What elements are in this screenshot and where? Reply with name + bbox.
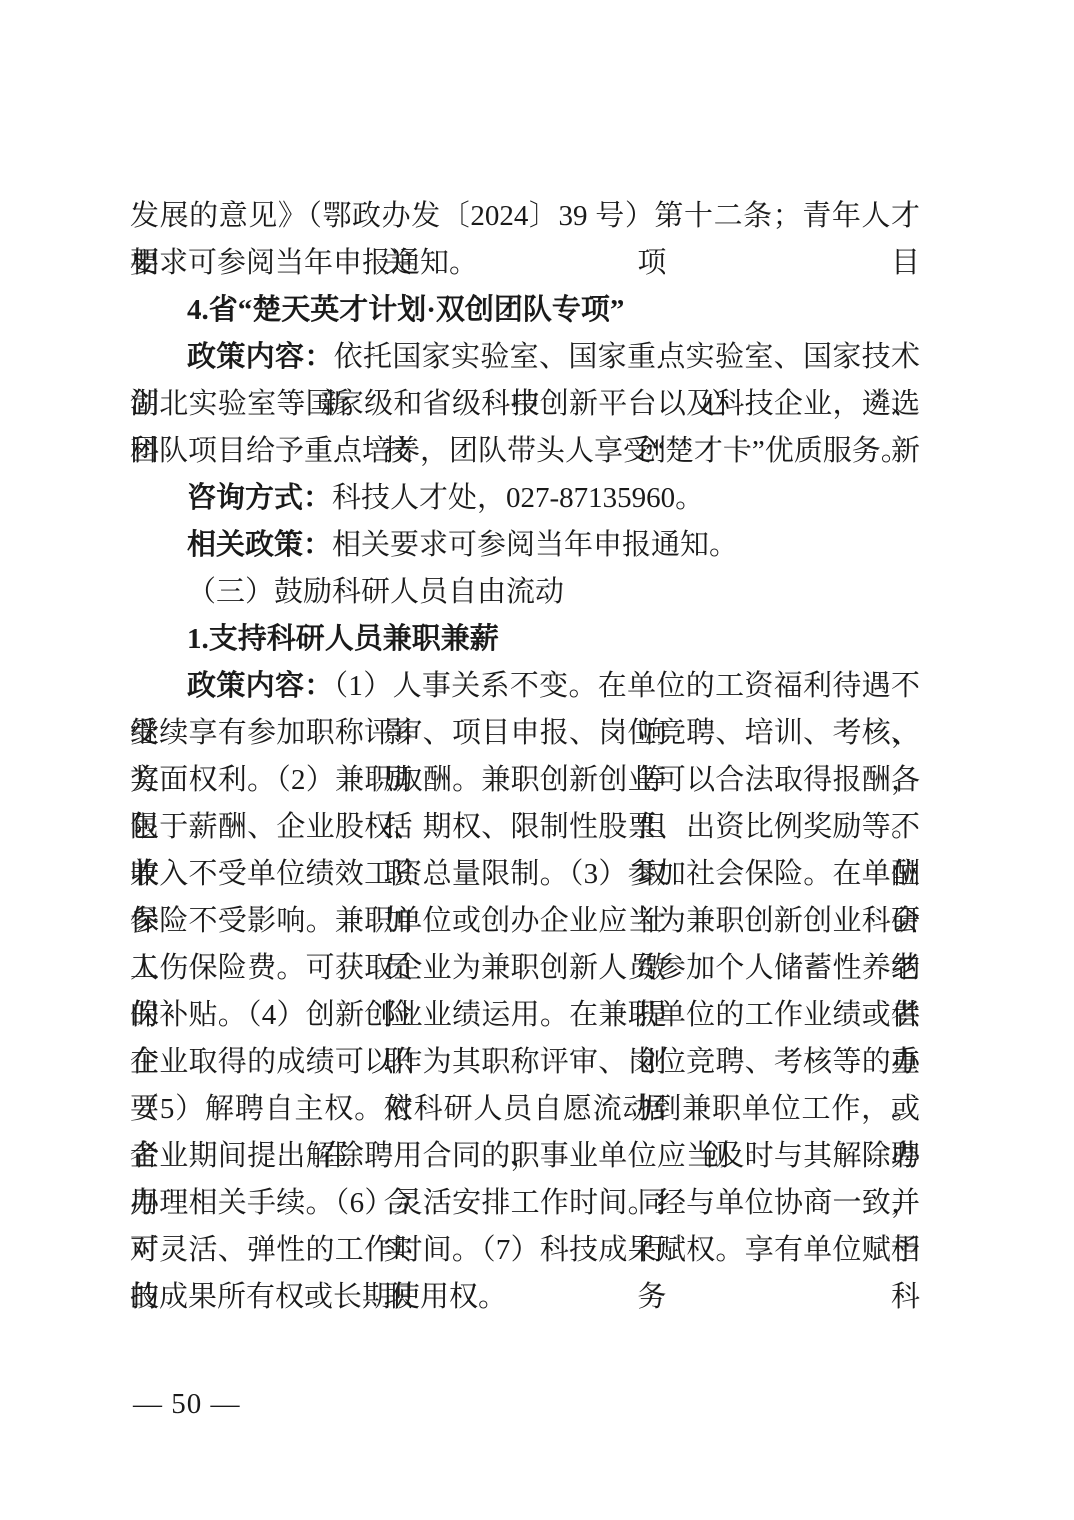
- text-line: 收入不受单位绩效工资总量限制。（3）参加社会保险。在单位参加社会: [130, 851, 920, 898]
- text-line: 企业取得的成绩可以作为其职称评审、岗位竞聘、考核等的重要依据。: [130, 1039, 920, 1086]
- text-line: 政策内容：（1）人事关系不变。在单位的工资福利待遇不受影响，: [130, 663, 920, 710]
- text-line: 咨询方式：科技人才处，027-87135960。: [130, 475, 920, 522]
- text-line: 4.省“楚天英才计划·双创团队专项”: [130, 287, 920, 334]
- text-line: 继续享有参加职称评审、项目申报、岗位竞聘、培训、考核、奖励等各: [130, 710, 920, 757]
- page-footer: — 50 —: [133, 1384, 241, 1424]
- page-number: — 50 —: [133, 1388, 241, 1420]
- document-page: 发展的意见》（鄂政办发〔2024〕39 号）第十二条；青年人才相关项目要求可参阅…: [0, 0, 1074, 1520]
- text-line: 限于薪酬、企业股权、期权、限制性股票、出资比例奖励等。兼职取酬: [130, 804, 920, 851]
- document-lines: 发展的意见》（鄂政办发〔2024〕39 号）第十二条；青年人才相关项目要求可参阅…: [130, 193, 920, 1321]
- paragraph-label: 政策内容：: [187, 670, 334, 702]
- document-body: 发展的意见》（鄂政办发〔2024〕39 号）第十二条；青年人才相关项目要求可参阅…: [130, 193, 920, 1321]
- paragraph-label: 政策内容：: [187, 341, 334, 373]
- text-line: 团队项目给予重点培养，团队带头人享受“楚才卡”优质服务。: [130, 428, 920, 475]
- text-line: （三）鼓励科研人员自由流动: [130, 569, 920, 616]
- text-line: 方面权利。（2）兼职取酬。兼职创新创业可以合法取得报酬，包括但不: [130, 757, 920, 804]
- text-line: 政策内容：依托国家实验室、国家重点实验室、国家技术创新中心、: [130, 334, 920, 381]
- text-line: 办理相关手续。（6）灵活安排工作时间。经与单位协商一致，可实行相: [130, 1180, 920, 1227]
- text-line: （5）解聘自主权。对科研人员自愿流动到兼职单位工作，或者在职创办: [130, 1086, 920, 1133]
- text-line: 湖北实验室等国家级和省级科技创新平台以及科技企业，遴选科技创新: [130, 381, 920, 428]
- paragraph-label: 相关政策：: [187, 529, 332, 561]
- text-line: 保险不受影响。兼职单位或创办企业应当为兼职创新创业科研人员缴纳: [130, 898, 920, 945]
- paragraph-label: 咨询方式：: [187, 482, 332, 514]
- text-line: 工伤保险费。可获取企业为兼职创新人员参加个人储蓄性养老保险提供: [130, 945, 920, 992]
- text-line: 1.支持科研人员兼职兼薪: [130, 616, 920, 663]
- text-line: 发展的意见》（鄂政办发〔2024〕39 号）第十二条；青年人才相关项目: [130, 193, 920, 240]
- text-line: 企业期间提出解除聘用合同的，事业单位应当及时与其解除聘用合同并: [130, 1133, 920, 1180]
- text-line: 相关政策：相关要求可参阅当年申报通知。: [130, 522, 920, 569]
- text-line: 对灵活、弹性的工作时间。（7）科技成果赋权。享有单位赋予的职务科: [130, 1227, 920, 1274]
- text-line: 的补贴。（4）创新创业业绩运用。在兼职单位的工作业绩或者在职创办: [130, 992, 920, 1039]
